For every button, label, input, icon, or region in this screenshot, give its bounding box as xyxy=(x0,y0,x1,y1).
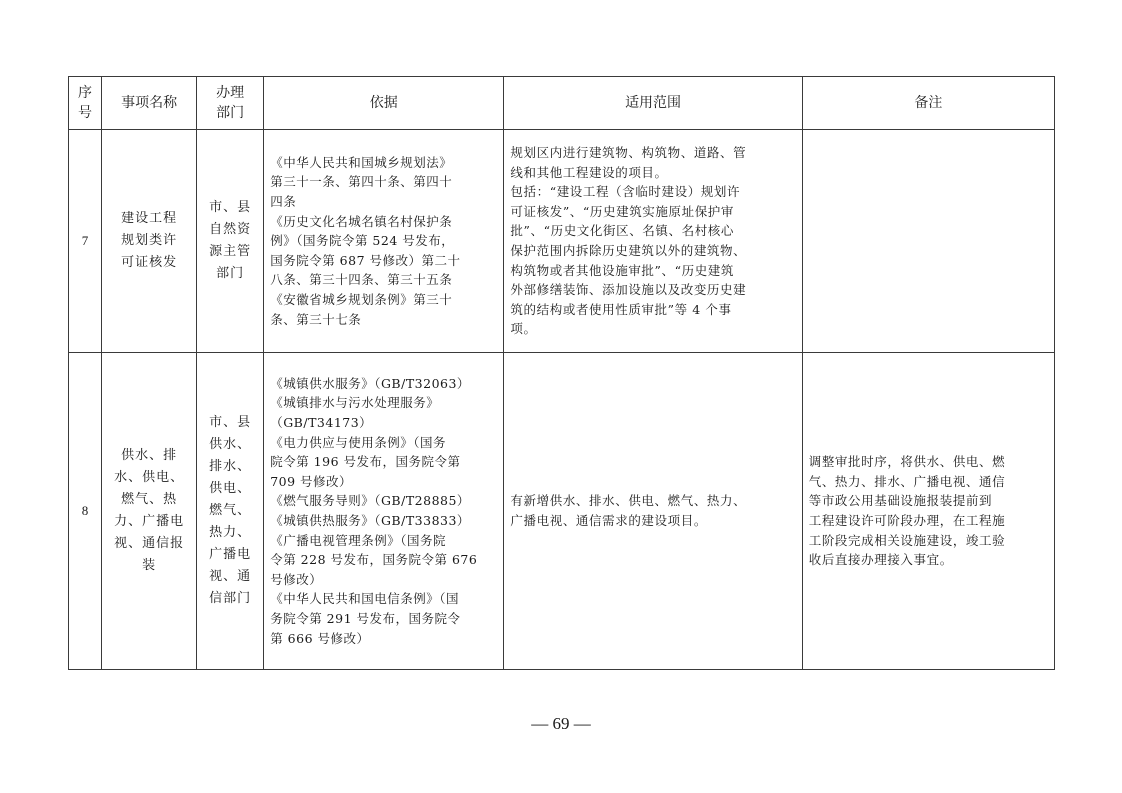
table-header-row: 序 号 事项名称 办理 部门 依据 适用范围 备注 xyxy=(69,77,1055,130)
text-line: 工阶段完成相关设施建设，竣工验 xyxy=(809,531,1048,551)
cell-no: 7 xyxy=(69,130,102,353)
page-number: — 69 — xyxy=(0,714,1122,734)
text-line: 规划区内进行建筑物、构筑物、道路、管 xyxy=(510,143,795,163)
cell-name: 供水、排水、供电、燃气、热力、广播电视、通信报装 xyxy=(102,353,197,670)
text-line: 源主管 xyxy=(203,241,257,263)
header-scope: 适用范围 xyxy=(504,77,802,130)
header-no: 序 号 xyxy=(69,77,102,130)
text-line: 构筑物或者其他设施审批”、“历史建筑 xyxy=(510,261,795,281)
text-line: 外部修缮装饰、添加设施以及改变历史建 xyxy=(510,280,795,300)
text-line: 燃气、热 xyxy=(108,489,190,511)
text-line: 供水、排 xyxy=(108,445,190,467)
approval-items-table: 序 号 事项名称 办理 部门 依据 适用范围 备注 7 建设工程规划类许可证核发… xyxy=(68,76,1055,670)
text-line: （GB/T34173） xyxy=(270,413,499,433)
cell-scope: 规划区内进行建筑物、构筑物、道路、管线和其他工程建设的项目。包括：“建设工程（含… xyxy=(504,130,802,353)
text-line: 视、通信报 xyxy=(108,533,190,555)
text-line: 第 666 号修改） xyxy=(270,629,499,649)
text-line: 工程建设许可阶段办理，在工程施 xyxy=(809,511,1048,531)
text-line: 筑的结构或者使用性质审批”等 4 个事 xyxy=(510,300,795,320)
text-line: 令第 228 号发布，国务院令第 676 xyxy=(270,550,499,570)
text-line: 线和其他工程建设的项目。 xyxy=(510,163,795,183)
text-line: 批”、“历史文化街区、名镇、名村核心 xyxy=(510,221,795,241)
text-line: 部门 xyxy=(203,263,257,285)
table-row: 8 供水、排水、供电、燃气、热力、广播电视、通信报装 市、县供水、排水、供电、燃… xyxy=(69,353,1055,670)
text-line: 709 号修改） xyxy=(270,472,499,492)
text-line: 保护范围内拆除历史建筑以外的建筑物、 xyxy=(510,241,795,261)
cell-dept: 市、县自然资源主管部门 xyxy=(197,130,264,353)
text-line: 《广播电视管理条例》（国务院 xyxy=(270,531,499,551)
text-line: 广播电视、通信需求的建设项目。 xyxy=(510,511,795,531)
text-line: 第三十一条、第四十条、第四十 xyxy=(270,172,499,192)
text-line: 供水、 xyxy=(203,434,257,456)
table-row: 7 建设工程规划类许可证核发 市、县自然资源主管部门 《中华人民共和国城乡规划法… xyxy=(69,130,1055,353)
header-name: 事项名称 xyxy=(102,77,197,130)
text-line: 装 xyxy=(108,555,190,577)
text-line: 《城镇供热服务》（GB/T33833） xyxy=(270,511,499,531)
text-line: 可证核发”、“历史建筑实施原址保护审 xyxy=(510,202,795,222)
text-line: 气、热力、排水、广播电视、通信 xyxy=(809,472,1048,492)
text-line: 力、广播电 xyxy=(108,511,190,533)
text-line: 信部门 xyxy=(203,588,257,610)
cell-dept: 市、县供水、排水、供电、燃气、热力、广播电视、通信部门 xyxy=(197,353,264,670)
text-line: 视、通 xyxy=(203,566,257,588)
text-line: 调整审批时序，将供水、供电、燃 xyxy=(809,452,1048,472)
text-line: 广播电 xyxy=(203,544,257,566)
text-line: 《中华人民共和国电信条例》（国 xyxy=(270,589,499,609)
text-line: 《城镇供水服务》（GB/T32063） xyxy=(270,374,499,394)
text-line: 四条 xyxy=(270,192,499,212)
text-line: 国务院令第 687 号修改）第二十 xyxy=(270,251,499,271)
text-line: 规划类许 xyxy=(108,230,190,252)
text-line: 包括：“建设工程（含临时建设）规划许 xyxy=(510,182,795,202)
cell-basis: 《中华人民共和国城乡规划法》第三十一条、第四十条、第四十四条《历史文化名城名镇名… xyxy=(264,130,504,353)
text-line: 可证核发 xyxy=(108,252,190,274)
cell-scope: 有新增供水、排水、供电、燃气、热力、广播电视、通信需求的建设项目。 xyxy=(504,353,802,670)
text-line: 号修改） xyxy=(270,570,499,590)
text-line: 自然资 xyxy=(203,219,257,241)
cell-basis: 《城镇供水服务》（GB/T32063）《城镇排水与污水处理服务》（GB/T341… xyxy=(264,353,504,670)
text-line: 项。 xyxy=(510,319,795,339)
header-basis: 依据 xyxy=(264,77,504,130)
header-dept: 办理 部门 xyxy=(197,77,264,130)
text-line: 排水、 xyxy=(203,456,257,478)
text-line: 《城镇排水与污水处理服务》 xyxy=(270,393,499,413)
text-line: 八条、第三十四条、第三十五条 xyxy=(270,270,499,290)
text-line: 《燃气服务导则》（GB/T28885） xyxy=(270,491,499,511)
text-line: 《安徽省城乡规划条例》第三十 xyxy=(270,290,499,310)
text-line: 市、县 xyxy=(203,197,257,219)
text-line: 收后直接办理接入事宜。 xyxy=(809,550,1048,570)
text-line: 市、县 xyxy=(203,412,257,434)
text-line: 《历史文化名城名镇名村保护条 xyxy=(270,212,499,232)
cell-note xyxy=(802,130,1054,353)
text-line: 水、供电、 xyxy=(108,467,190,489)
text-line: 《电力供应与使用条例》（国务 xyxy=(270,433,499,453)
text-line: 供电、 xyxy=(203,478,257,500)
cell-name: 建设工程规划类许可证核发 xyxy=(102,130,197,353)
text-line: 条、第三十七条 xyxy=(270,310,499,330)
text-line: 例》（国务院令第 524 号发布， xyxy=(270,231,499,251)
text-line: 有新增供水、排水、供电、燃气、热力、 xyxy=(510,491,795,511)
cell-note: 调整审批时序，将供水、供电、燃气、热力、排水、广播电视、通信等市政公用基础设施报… xyxy=(802,353,1054,670)
text-line: 务院令第 291 号发布，国务院令 xyxy=(270,609,499,629)
text-line: 热力、 xyxy=(203,522,257,544)
text-line: 燃气、 xyxy=(203,500,257,522)
text-line: 院令第 196 号发布，国务院令第 xyxy=(270,452,499,472)
cell-no: 8 xyxy=(69,353,102,670)
text-line: 建设工程 xyxy=(108,208,190,230)
text-line: 等市政公用基础设施报装提前到 xyxy=(809,491,1048,511)
text-line: 《中华人民共和国城乡规划法》 xyxy=(270,153,499,173)
header-note: 备注 xyxy=(802,77,1054,130)
